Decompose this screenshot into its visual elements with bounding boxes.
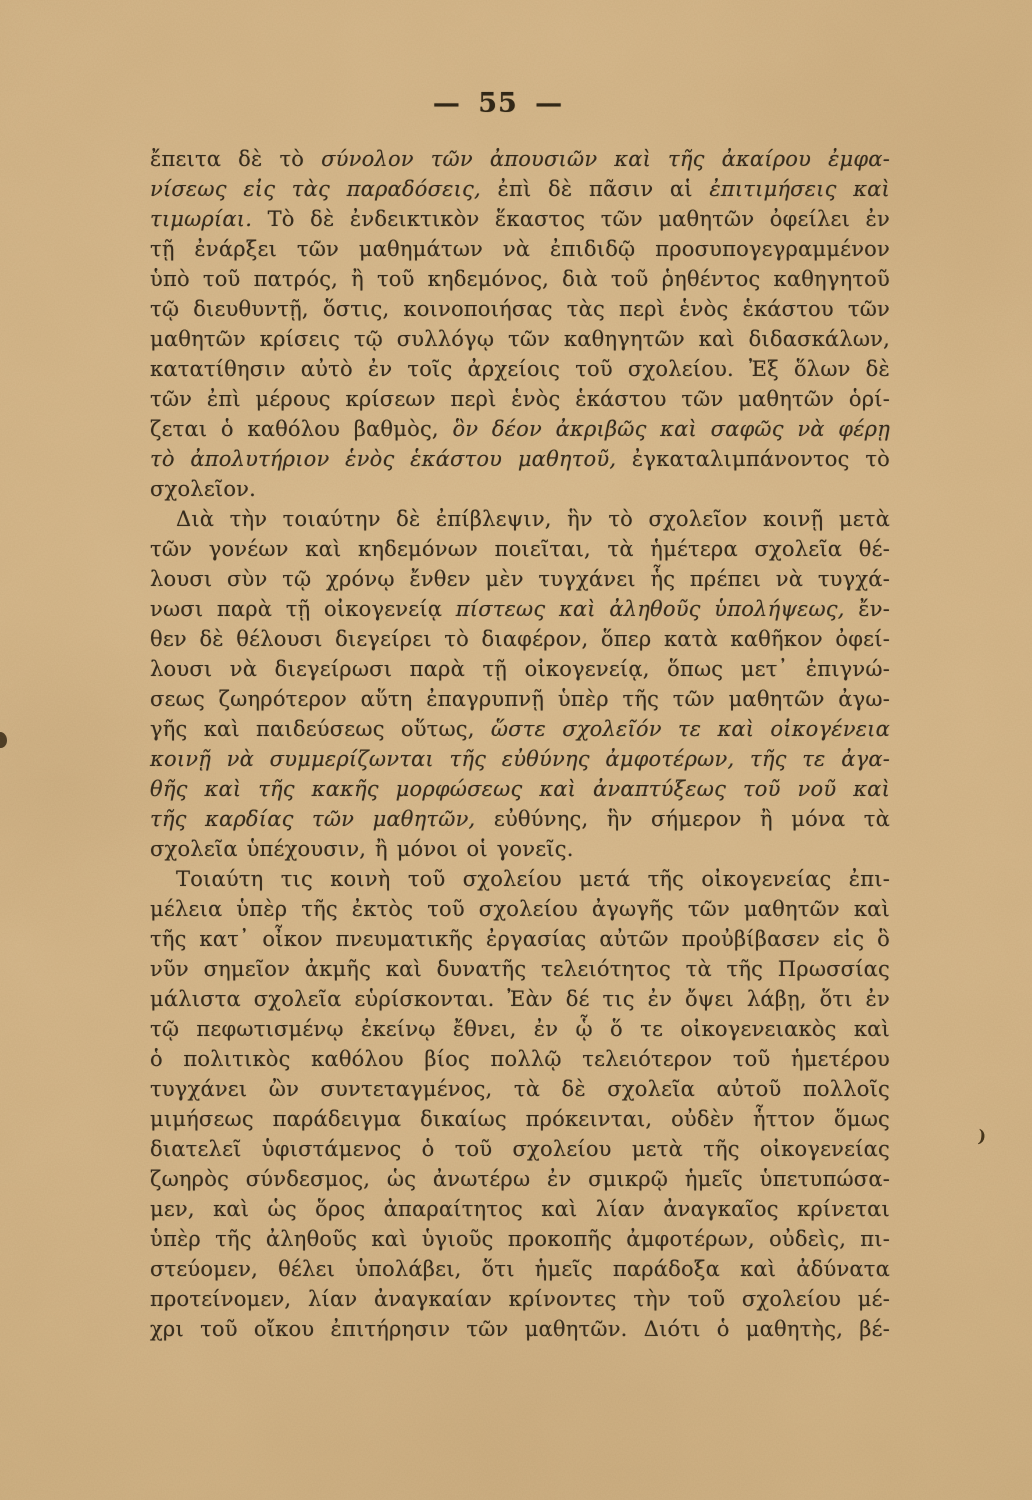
text-line: λουσι νὰ διεγείρωσι παρὰ τῇ οἰκογενείᾳ, … xyxy=(150,654,890,684)
text-line: κοινῇ νὰ συμμερίζωνται τῆς εὐθύνης ἀμφοτ… xyxy=(150,744,890,774)
body-text: ἐπὶ δὲ πᾶσιν αἱ xyxy=(481,177,710,201)
text-line: θῆς καὶ τῆς κακῆς μορφώσεως καὶ ἀναπτύξε… xyxy=(150,774,890,804)
text-line: τῷ διευθυντῇ, ὅστις, κοινοποιήσας τὰς πε… xyxy=(150,294,890,324)
body-text: τῆς κατ᾽ οἶκον πνευματικῆς ἐργασίας αὐτῶ… xyxy=(150,927,890,951)
text-line: γῆς καὶ παιδεύσεως οὕτως, ὥστε σχολεῖόν … xyxy=(150,714,890,744)
text-line: μαθητῶν κρίσεις τῷ συλλόγῳ τῶν καθηγητῶν… xyxy=(150,324,890,354)
ink-speck-left-edge xyxy=(0,732,7,748)
body-text: μιμήσεως παράδειγμα δικαίως πρόκεινται, … xyxy=(150,1107,890,1131)
emphasized-text: ὃν δέον ἀκριβῶς καὶ σαφῶς νὰ φέρῃ xyxy=(452,417,890,441)
ink-mark-right-edge: ) xyxy=(977,1129,987,1147)
body-text: σχολεῖον. xyxy=(150,477,256,501)
body-text: τῇ ἐνάρξει τῶν μαθημάτων νὰ ἐπιδιδῷ προσ… xyxy=(150,237,890,261)
body-text: μάλιστα σχολεῖα εὑρίσκονται. Ἐὰν δέ τις … xyxy=(150,987,890,1011)
text-line: ζωηρὸς σύνδεσμος, ὡς ἀνωτέρω ἐν σμικρῷ ἡ… xyxy=(150,1164,890,1194)
body-text: ζωηρὸς σύνδεσμος, ὡς ἀνωτέρω ἐν σμικρῷ ἡ… xyxy=(150,1167,890,1191)
text-line: σχολεῖον. xyxy=(150,474,890,504)
body-text: μεν, καὶ ὡς ὅρος ἀπαραίτητος καὶ λίαν ἀν… xyxy=(150,1197,890,1221)
body-text: θεν δὲ θέλουσι διεγείρει τὸ διαφέρον, ὅπ… xyxy=(150,627,890,651)
text-line: νῦν σημεῖον ἀκμῆς καὶ δυνατῆς τελειότητο… xyxy=(150,954,890,984)
body-text: ὑπὲρ τῆς ἀληθοῦς καὶ ὑγιοῦς προκοπῆς ἀμφ… xyxy=(150,1227,890,1251)
text-line: διατελεῖ ὑφιστάμενος ὁ τοῦ σχολείου μετὰ… xyxy=(150,1134,890,1164)
paragraph: Τοιαύτη τις κοινὴ τοῦ σχολείου μετά τῆς … xyxy=(150,864,890,1344)
scanned-book-page: — 55 — ἔπειτα δὲ τὸ σύνολον τῶν ἀπουσιῶν… xyxy=(0,0,1032,1500)
body-text: τῶν γονέων καὶ κηδεμόνων ποιεῖται, τὰ ἡμ… xyxy=(150,537,890,561)
emphasized-text: τῆς καρδίας τῶν μαθητῶν, xyxy=(150,807,475,831)
body-text: ἔπειτα δὲ τὸ xyxy=(150,147,321,171)
body-text: ὑπὸ τοῦ πατρός, ἢ τοῦ κηδεμόνος, διὰ τοῦ… xyxy=(150,267,890,291)
text-line: χρι τοῦ οἴκου ἐπιτήρησιν τῶν μαθητῶν. Δι… xyxy=(150,1314,890,1344)
text-line: λουσι σὺν τῷ χρόνῳ ἔνθεν μὲν τυγχάνει ἧς… xyxy=(150,564,890,594)
body-text: νωσι παρὰ τῇ οἰκογενείᾳ xyxy=(150,597,456,621)
text-line: τὸ ἀπολυτήριον ἑνὸς ἑκάστου μαθητοῦ, ἐγκ… xyxy=(150,444,890,474)
body-text: προτείνομεν, λίαν ἀναγκαίαν κρίνοντες τὴ… xyxy=(150,1287,890,1311)
text-line: ὑπὸ τοῦ πατρός, ἢ τοῦ κηδεμόνος, διὰ τοῦ… xyxy=(150,264,890,294)
text-line: Διὰ τὴν τοιαύτην δὲ ἐπίβλεψιν, ἣν τὸ σχο… xyxy=(150,504,890,534)
emphasized-text: νίσεως εἰς τὰς παραδόσεις, xyxy=(150,177,481,201)
body-text: γῆς καὶ παιδεύσεως οὕτως, xyxy=(150,717,491,741)
body-text: στεύομεν, θέλει ὑπολάβει, ὅτι ἡμεῖς παρά… xyxy=(150,1257,890,1281)
paragraph: ἔπειτα δὲ τὸ σύνολον τῶν ἀπουσιῶν καὶ τῆ… xyxy=(150,144,890,504)
body-text: ἐγκαταλιμπάνοντος τὸ xyxy=(616,447,890,471)
body-text: σεως ζωηρότερον αὕτη ἐπαγρυπνῇ ὑπὲρ τῆς … xyxy=(150,687,890,711)
text-line: τυγχάνει ὢν συντεταγμένος, τὰ δὲ σχολεῖα… xyxy=(150,1074,890,1104)
body-text: μαθητῶν κρίσεις τῷ συλλόγῳ τῶν καθηγητῶν… xyxy=(150,327,890,351)
text-line: σχολεῖα ὑπέχουσιν, ἢ μόνοι οἱ γονεῖς. xyxy=(150,834,890,864)
body-text: χρι τοῦ οἴκου ἐπιτήρησιν τῶν μαθητῶν. Δι… xyxy=(150,1317,890,1341)
body-text: Διὰ τὴν τοιαύτην δὲ ἐπίβλεψιν, ἣν τὸ σχο… xyxy=(176,507,890,531)
text-line: κατατίθησιν αὐτὸ ἐν τοῖς ἀρχείοις τοῦ σχ… xyxy=(150,354,890,384)
body-text: ὁ πολιτικὸς καθόλου βίος πολλῷ τελειότερ… xyxy=(150,1047,890,1071)
emphasized-text: πίστεως καὶ ἀληθοῦς ὑπολήψεως, xyxy=(456,597,845,621)
emphasized-text: ὥστε σχολεῖόν τε καὶ οἰκογένεια xyxy=(491,717,890,741)
text-line: θεν δὲ θέλουσι διεγείρει τὸ διαφέρον, ὅπ… xyxy=(150,624,890,654)
emphasized-text: σύνολον τῶν ἀπουσιῶν καὶ τῆς ἀκαίρου ἐμφ… xyxy=(321,147,890,171)
text-line: νωσι παρὰ τῇ οἰκογενείᾳ πίστεως καὶ ἀληθ… xyxy=(150,594,890,624)
body-text: λουσι νὰ διεγείρωσι παρὰ τῇ οἰκογενείᾳ, … xyxy=(150,657,890,681)
text-line: νίσεως εἰς τὰς παραδόσεις, ἐπὶ δὲ πᾶσιν … xyxy=(150,174,890,204)
body-text: Τοιαύτη τις κοινὴ τοῦ σχολείου μετά τῆς … xyxy=(176,867,890,891)
text-line: μάλιστα σχολεῖα εὑρίσκονται. Ἐὰν δέ τις … xyxy=(150,984,890,1014)
paragraph: Διὰ τὴν τοιαύτην δὲ ἐπίβλεψιν, ἣν τὸ σχο… xyxy=(150,504,890,864)
text-line: τῷ πεφωτισμένῳ ἐκείνῳ ἔθνει, ἐν ᾧ ὅ τε ο… xyxy=(150,1014,890,1044)
text-line: τῶν γονέων καὶ κηδεμόνων ποιεῖται, τὰ ἡμ… xyxy=(150,534,890,564)
page-number: — 55 — xyxy=(128,88,868,119)
body-text: ἔν- xyxy=(845,597,890,621)
body-text: σχολεῖα ὑπέχουσιν, ἢ μόνοι οἱ γονεῖς. xyxy=(150,837,574,861)
emphasized-text: κοινῇ νὰ συμμερίζωνται τῆς εὐθύνης ἀμφοτ… xyxy=(150,747,890,771)
body-text: Τὸ δὲ ἐνδεικτικὸν ἕκαστος τῶν μαθητῶν ὀφ… xyxy=(252,207,890,231)
text-line: ὑπὲρ τῆς ἀληθοῦς καὶ ὑγιοῦς προκοπῆς ἀμφ… xyxy=(150,1224,890,1254)
text-line: τῆς καρδίας τῶν μαθητῶν, εὐθύνης, ἣν σήμ… xyxy=(150,804,890,834)
body-text: τῷ πεφωτισμένῳ ἐκείνῳ ἔθνει, ἐν ᾧ ὅ τε ο… xyxy=(150,1017,890,1041)
body-text: μέλεια ὑπὲρ τῆς ἐκτὸς τοῦ σχολείου ἀγωγῆ… xyxy=(150,897,890,921)
text-line: ζεται ὁ καθόλου βαθμὸς, ὃν δέον ἀκριβῶς … xyxy=(150,414,890,444)
body-text: διατελεῖ ὑφιστάμενος ὁ τοῦ σχολείου μετὰ… xyxy=(150,1137,890,1161)
text-line: τῇ ἐνάρξει τῶν μαθημάτων νὰ ἐπιδιδῷ προσ… xyxy=(150,234,890,264)
text-line: ἔπειτα δὲ τὸ σύνολον τῶν ἀπουσιῶν καὶ τῆ… xyxy=(150,144,890,174)
body-text: κατατίθησιν αὐτὸ ἐν τοῖς ἀρχείοις τοῦ σχ… xyxy=(150,357,890,381)
text-line: μέλεια ὑπὲρ τῆς ἐκτὸς τοῦ σχολείου ἀγωγῆ… xyxy=(150,894,890,924)
text-line: τῶν ἐπὶ μέρους κρίσεων περὶ ἑνὸς ἑκάστου… xyxy=(150,384,890,414)
text-line: προτείνομεν, λίαν ἀναγκαίαν κρίνοντες τὴ… xyxy=(150,1284,890,1314)
body-text: τυγχάνει ὢν συντεταγμένος, τὰ δὲ σχολεῖα… xyxy=(150,1077,890,1101)
text-line: τῆς κατ᾽ οἶκον πνευματικῆς ἐργασίας αὐτῶ… xyxy=(150,924,890,954)
body-text: τῶν ἐπὶ μέρους κρίσεων περὶ ἑνὸς ἑκάστου… xyxy=(150,387,890,411)
emphasized-text: τιμωρίαι. xyxy=(150,207,252,231)
text-line: ὁ πολιτικὸς καθόλου βίος πολλῷ τελειότερ… xyxy=(150,1044,890,1074)
text-line: μιμήσεως παράδειγμα δικαίως πρόκεινται, … xyxy=(150,1104,890,1134)
body-text: ζεται ὁ καθόλου βαθμὸς, xyxy=(150,417,452,441)
body-text: τῷ διευθυντῇ, ὅστις, κοινοποιήσας τὰς πε… xyxy=(150,297,890,321)
text-line: Τοιαύτη τις κοινὴ τοῦ σχολείου μετά τῆς … xyxy=(150,864,890,894)
text-line: σεως ζωηρότερον αὕτη ἐπαγρυπνῇ ὑπὲρ τῆς … xyxy=(150,684,890,714)
body-text: νῦν σημεῖον ἀκμῆς καὶ δυνατῆς τελειότητο… xyxy=(150,957,890,981)
body-text: εὐθύνης, ἣν σήμερον ἢ μόνα τὰ xyxy=(475,807,890,831)
text-line: στεύομεν, θέλει ὑπολάβει, ὅτι ἡμεῖς παρά… xyxy=(150,1254,890,1284)
text-line: τιμωρίαι. Τὸ δὲ ἐνδεικτικὸν ἕκαστος τῶν … xyxy=(150,204,890,234)
text-line: μεν, καὶ ὡς ὅρος ἀπαραίτητος καὶ λίαν ἀν… xyxy=(150,1194,890,1224)
emphasized-text: θῆς καὶ τῆς κακῆς μορφώσεως καὶ ἀναπτύξε… xyxy=(150,777,890,801)
emphasized-text: τὸ ἀπολυτήριον ἑνὸς ἑκάστου μαθητοῦ, xyxy=(150,447,616,471)
emphasized-text: ἐπιτιμήσεις καὶ xyxy=(709,177,890,201)
page-text: ἔπειτα δὲ τὸ σύνολον τῶν ἀπουσιῶν καὶ τῆ… xyxy=(150,144,890,1344)
body-text: λουσι σὺν τῷ χρόνῳ ἔνθεν μὲν τυγχάνει ἧς… xyxy=(150,567,890,591)
